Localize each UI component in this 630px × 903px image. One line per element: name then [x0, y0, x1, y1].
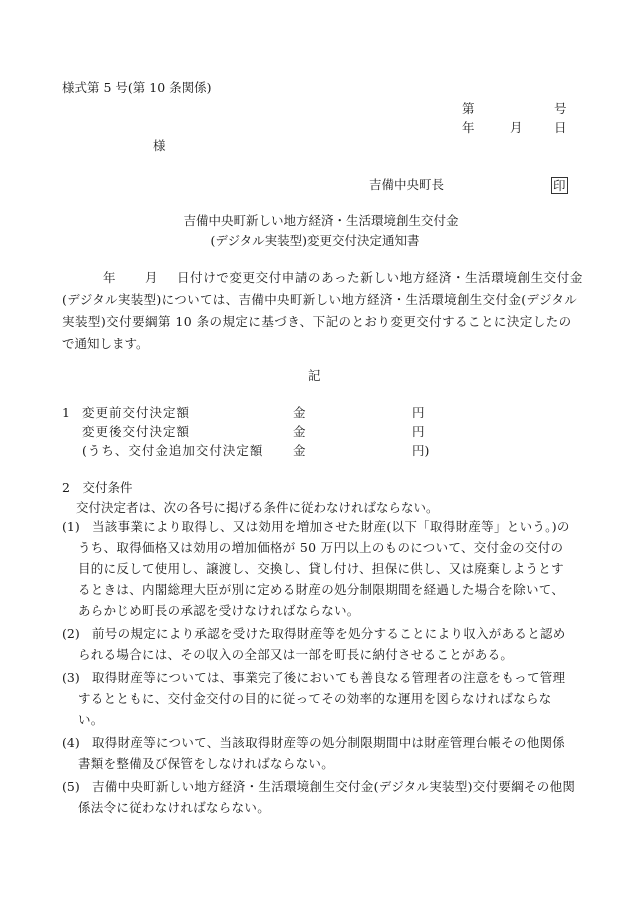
- number-prefix: 第: [462, 101, 475, 117]
- conditions-list: (1)当該事業により取得し、又は効用を増加させた財産(以下「取得財産等」という。…: [62, 516, 576, 818]
- section1-row-suffix: 円: [412, 405, 425, 421]
- section1-number: 1: [62, 405, 70, 421]
- seal-box: 印: [551, 177, 568, 194]
- body-month: 月: [145, 270, 158, 286]
- condition-item: (4)取得財産等について、当該取得財産等の処分制限期間中は財産管理台帳その他関係…: [62, 732, 576, 774]
- title-line-1: 吉備中央町新しい地方経済・生活環境創生交付金: [0, 213, 630, 229]
- condition-item: (5)吉備中央町新しい地方経済・生活環境創生交付金(デジタル実装型)交付要綱その…: [62, 776, 576, 818]
- condition-text: 取得財産等については、事業完了後においても善良なる管理者の注意をもって管理すると…: [78, 670, 565, 727]
- section1-row-suffix: 円: [412, 424, 425, 440]
- condition-item: (1)当該事業により取得し、又は効用を増加させた財産(以下「取得財産等」という。…: [62, 516, 576, 621]
- section2-intro: 交付決定者は、次の各号に掲げる条件に従わなければならない。: [76, 500, 439, 516]
- section1-row-label: 変更後交付決定額: [82, 424, 190, 440]
- condition-item: (2)前号の規定により承認を受けた取得財産等を処分することにより収入があると認め…: [62, 623, 576, 665]
- body-line-4: で通知します。: [62, 336, 149, 352]
- section1-row-prefix: 金: [293, 443, 306, 459]
- date-year: 年: [462, 120, 475, 136]
- section1-row-label: (うち、交付金追加交付決定額: [82, 443, 263, 459]
- section2-heading: 2 交付条件: [62, 480, 132, 496]
- condition-number: (4): [62, 732, 92, 753]
- condition-text: 吉備中央町新しい地方経済・生活環境創生交付金(デジタル実装型)交付要綱その他関係…: [78, 779, 575, 815]
- condition-number: (3): [62, 667, 92, 688]
- date-day: 日: [554, 120, 567, 136]
- condition-item: (3)取得財産等については、事業完了後においても善良なる管理者の注意をもって管理…: [62, 667, 576, 730]
- body-line-3: 実装型)交付要綱第 10 条の規定に基づき、下記のとおり変更交付することに決定し…: [62, 314, 572, 330]
- body-line-2: (デジタル実装型)については、吉備中央町新しい地方経済・生活環境創生交付金(デジ…: [62, 292, 577, 308]
- issuer-name: 吉備中央町長: [369, 177, 444, 193]
- body-line-1: 日付けで変更交付申請のあった新しい地方経済・生活環境創生交付金: [177, 270, 583, 286]
- section1-row-prefix: 金: [293, 424, 306, 440]
- condition-number: (2): [62, 623, 92, 644]
- section1-row-suffix: 円): [412, 443, 429, 459]
- seal-mark: 印: [551, 177, 568, 194]
- condition-text: 前号の規定により承認を受けた取得財産等を処分することにより収入があると認められる…: [78, 626, 566, 662]
- condition-number: (1): [62, 516, 92, 537]
- section1-row-label: 変更前交付決定額: [82, 405, 190, 421]
- number-suffix: 号: [554, 101, 567, 117]
- form-label: 様式第 5 号(第 10 条関係): [62, 80, 212, 96]
- ki-mark: 記: [308, 368, 321, 384]
- date-month: 月: [510, 120, 523, 136]
- condition-number: (5): [62, 776, 92, 797]
- addressee-suffix: 様: [153, 138, 166, 154]
- title-line-2: (デジタル実装型)変更交付決定通知書: [0, 233, 630, 249]
- condition-text: 取得財産等について、当該取得財産等の処分制限期間中は財産管理台帳その他関係書類を…: [78, 735, 565, 771]
- section1-row-prefix: 金: [293, 405, 306, 421]
- body-year: 年: [103, 270, 116, 286]
- condition-text: 当該事業により取得し、又は効用を増加させた財産(以下「取得財産等」という。)のう…: [78, 519, 570, 618]
